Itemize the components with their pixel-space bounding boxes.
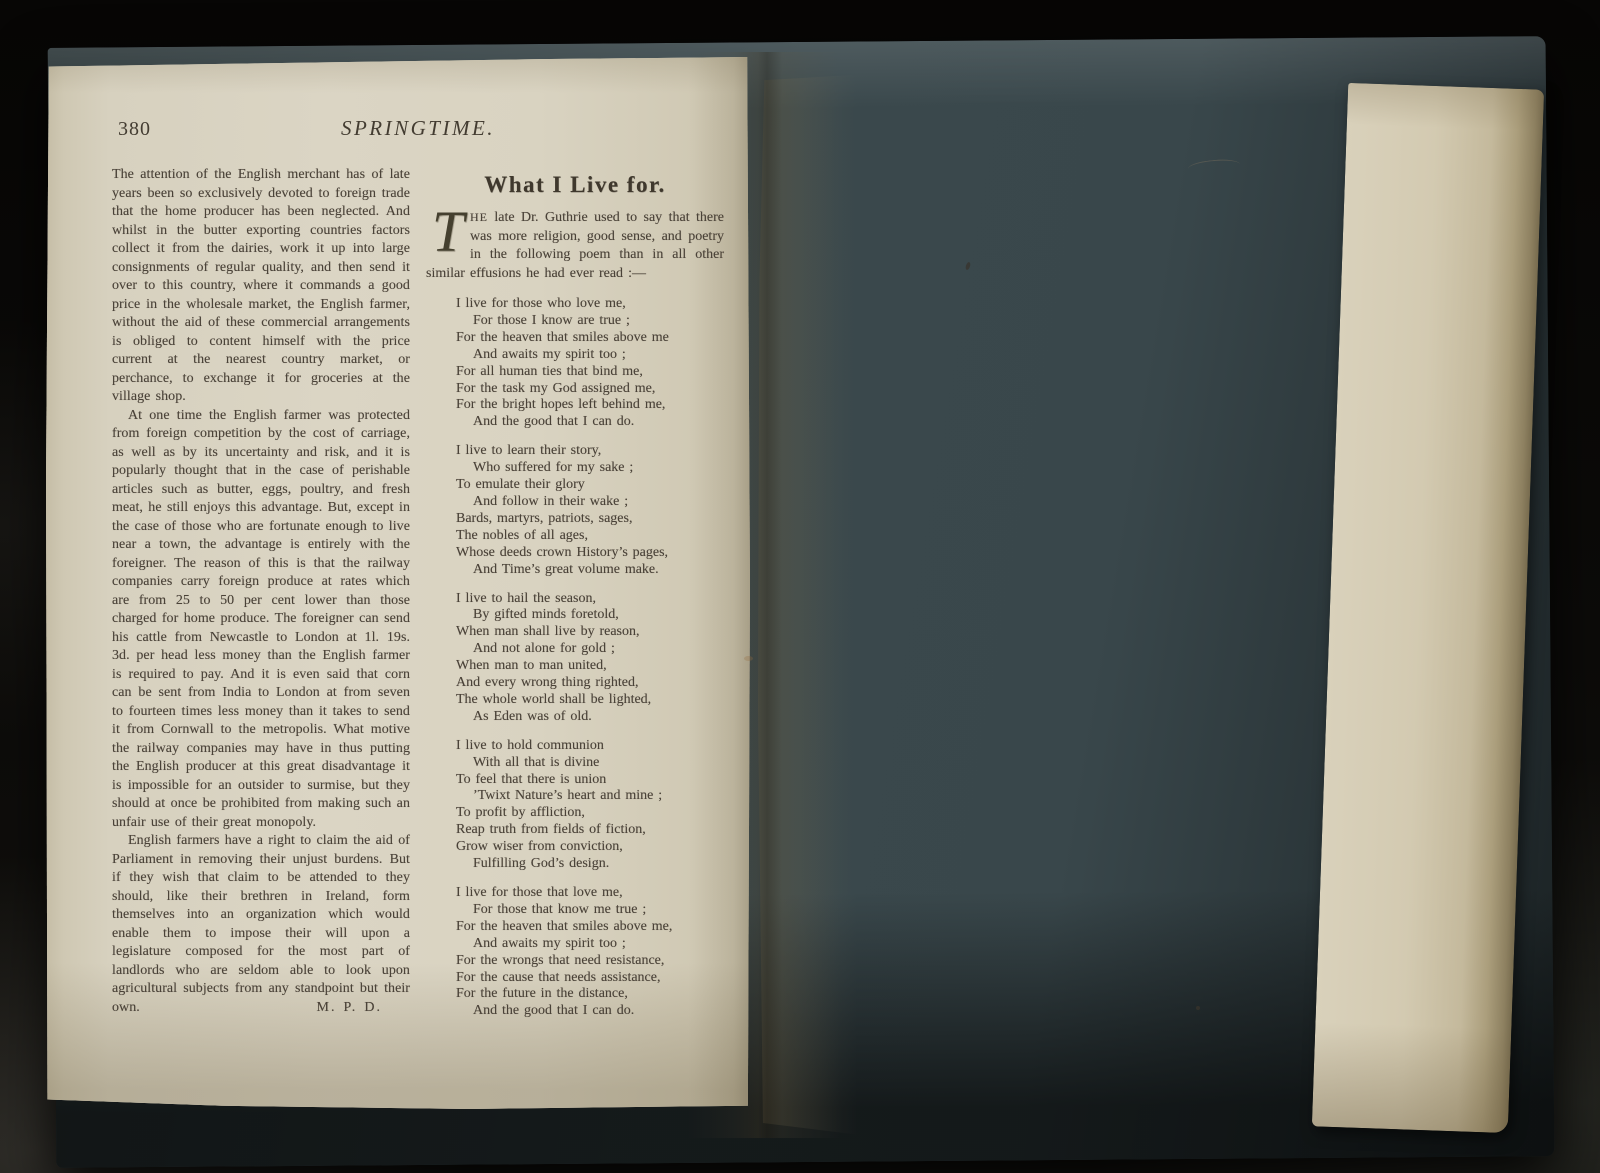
poem-line: By gifted minds foretold, (456, 607, 724, 624)
poem-line: For those I know are true ; (456, 313, 724, 330)
poem-line: The whole world shall be lighted, (456, 692, 724, 709)
poem-line: And the good that I can do. (456, 414, 724, 431)
paragraph: At one time the English farmer was prote… (112, 407, 410, 833)
poem-line: Reap truth from fields of fiction, (456, 822, 724, 839)
poem-line: And not alone for gold ; (456, 641, 724, 658)
article-column-left: The attention of the English merchant ha… (112, 166, 410, 1032)
poem-line: For the wrongs that need resistance, (456, 953, 724, 970)
poem-title: What I Live for. (426, 172, 724, 198)
poem-line: And follow in their wake ; (456, 494, 724, 511)
poem-line: As Eden was of old. (456, 709, 724, 726)
poem-line: I live for those who love me, (456, 296, 724, 313)
poem-line: For the heaven that smiles above me, (456, 919, 724, 936)
poem-line: Whose deeds crown History’s pages, (456, 545, 724, 562)
paragraph: The attention of the English merchant ha… (112, 166, 410, 407)
poem-line: For the task my God assigned me, (456, 381, 724, 398)
poem-line: For those that know me true ; (456, 902, 724, 919)
poem-line: With all that is divine (456, 755, 724, 772)
page-speck (1196, 1006, 1200, 1010)
poem-line: The nobles of all ages, (456, 528, 724, 545)
left-page-content: 380 SPRINGTIME. The attention of the Eng… (112, 106, 724, 1032)
poem-stanza: I live to learn their story,Who suffered… (456, 443, 724, 578)
poem-line: For the heaven that smiles above me (456, 330, 724, 347)
running-header: SPRINGTIME. (112, 116, 724, 141)
poem-line: I live to hold communion (456, 738, 724, 755)
poem-line: I live for those that love me, (456, 885, 724, 902)
poem-intro: THE late Dr. Guthrie used to say that th… (426, 208, 724, 283)
poem-line: For the bright hopes left behind me, (456, 397, 724, 414)
article-paragraphs: The attention of the English merchant ha… (112, 166, 410, 1017)
photo-of-open-book: 380 SPRINGTIME. The attention of the Eng… (0, 0, 1600, 1173)
dropcap-initial: T (426, 208, 470, 256)
poem-stanza: I live to hail the season,By gifted mind… (456, 591, 724, 726)
poem-line: For all human ties that bind me, (456, 364, 724, 381)
poem-line: I live to learn their story, (456, 443, 724, 460)
poem-stanza: I live to hold communionWith all that is… (456, 738, 724, 873)
poem-line: Grow wiser from conviction, (456, 839, 724, 856)
poem-line: For the cause that needs assistance, (456, 970, 724, 987)
poem-line: And Time’s great volume make. (456, 562, 724, 579)
poem-line: Who suffered for my sake ; (456, 460, 724, 477)
poem-line: And awaits my spirit too ; (456, 347, 724, 364)
poem-line: And every wrong thing righted, (456, 675, 724, 692)
poem-line: I live to hail the season, (456, 591, 724, 608)
article-column-right: What I Live for. THE late Dr. Guthrie us… (426, 166, 724, 1032)
two-column-text: The attention of the English merchant ha… (112, 166, 724, 1032)
poem-line: To profit by affliction, (456, 805, 724, 822)
poem-line: To emulate their glory (456, 477, 724, 494)
paragraph: English farmers have a right to claim th… (112, 832, 410, 1017)
poem-line: Fulfilling God’s design. (456, 856, 724, 873)
page-masthead: 380 SPRINGTIME. (112, 106, 724, 150)
poem-line: ’Twixt Nature’s heart and mine ; (456, 788, 724, 805)
poem-line: And the good that I can do. (456, 1003, 724, 1020)
poem-line: When man to man united, (456, 658, 724, 675)
poem-line: Bards, martyrs, patriots, sages, (456, 511, 724, 528)
poem-line: To feel that there is union (456, 772, 724, 789)
poem: I live for those who love me,For those I… (426, 296, 724, 1020)
page-curl-shading (758, 64, 857, 1138)
intro-lead-smallcaps: HE (470, 210, 488, 224)
poem-line: For the future in the distance, (456, 986, 724, 1003)
author-initials: M. P. D. (301, 999, 383, 1018)
page-stain (744, 656, 753, 661)
right-blank-page (758, 64, 1462, 1138)
poem-stanza: I live for those that love me,For those … (456, 885, 724, 1020)
poem-stanza: I live for those who love me,For those I… (456, 296, 724, 431)
poem-line: And awaits my spirit too ; (456, 936, 724, 953)
poem-line: When man shall live by reason, (456, 624, 724, 641)
